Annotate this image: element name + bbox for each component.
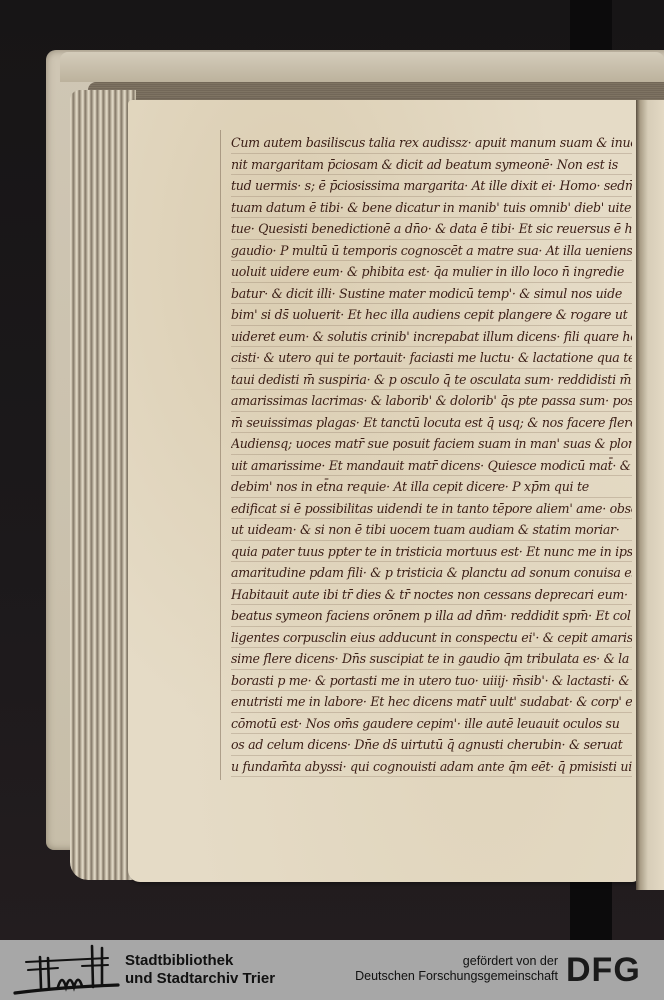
manuscript-line: bim' si ds̄ uoluerit· Et hec illa audien… xyxy=(231,304,632,326)
manuscript-line: uoluit uidere eum· & phibita est· q̄a mu… xyxy=(231,261,632,283)
manuscript-line: gaudio· P multū ū temporis cognoscēt a m… xyxy=(231,240,632,262)
manuscript-scan: Cum autem basiliscus talia rex audissz· … xyxy=(0,0,664,940)
manuscript-line: Habitauit aute ibi tr̄ dies & tr̄ noctes… xyxy=(231,584,632,606)
manuscript-line: cōmotū est· Nos om̄s gaudere cepim'· ill… xyxy=(231,713,632,735)
funding-credit-line2: Deutschen Forschungsgemeinschaft xyxy=(355,969,558,984)
manuscript-line: taui dedisti m̄ suspiria· & p osculo q̄ … xyxy=(231,369,632,391)
manuscript-line: quia pater tuus ppter te in tristicia mo… xyxy=(231,541,632,563)
manuscript-line: amaritudine pdam fili· & p tristicia & p… xyxy=(231,562,632,584)
book-cover-top-edge xyxy=(60,52,664,82)
page-stack-fore-edge xyxy=(70,90,136,880)
manuscript-line: borasti p me· & portasti me in utero tuo… xyxy=(231,670,632,692)
funding-credit: gefördert von der Deutschen Forschungsge… xyxy=(355,954,558,984)
institution-name-line2: und Stadtarchiv Trier xyxy=(125,970,275,988)
manuscript-line: ligentes corpusclin eius adducunt in con… xyxy=(231,627,632,649)
manuscript-line: debim' nos in et̄na requie· At illa cepi… xyxy=(231,476,632,498)
manuscript-line: uideret eum· & solutis crinib' increpaba… xyxy=(231,326,632,348)
manuscript-line: edificat si ē possibilitas uidendi te in… xyxy=(231,498,632,520)
manuscript-line: amarissimas lacrimas· & laborib' & dolor… xyxy=(231,390,632,412)
manuscript-line: beatus symeon faciens orōnem p illa ad d… xyxy=(231,605,632,627)
manuscript-line: Audiensq; uoces matr̄ sue posuit faciem … xyxy=(231,433,632,455)
manuscript-line: uit amarissime· Et mandauit matr̄ dicens… xyxy=(231,455,632,477)
manuscript-line: os ad celum dicens· Dn̄e ds̄ uirtutū q̄ … xyxy=(231,734,632,756)
institution-name: Stadtbibliothek und Stadtarchiv Trier xyxy=(125,952,275,988)
manuscript-line: batur· & dicit illi· Sustine mater modic… xyxy=(231,283,632,305)
manuscript-line: cisti· & utero qui te portauit· faciasti… xyxy=(231,347,632,369)
manuscript-line: tue· Quesisti benedictionē a dn̄o· & dat… xyxy=(231,218,632,240)
book-gutter xyxy=(636,100,664,890)
footer-banner: Stadtbibliothek und Stadtarchiv Trier ge… xyxy=(0,940,664,1000)
manuscript-line: enutristi me in labore· Et hec dicens ma… xyxy=(231,691,632,713)
manuscript-line: u fundam̄ta abyssi· qui cognouisti adam … xyxy=(231,756,632,778)
manuscript-text-block: Cum autem basiliscus talia rex audissz· … xyxy=(220,130,640,780)
manuscript-line: m̄ seuissimas plagas· Et tanctū locuta e… xyxy=(231,412,632,434)
manuscript-line: ut uideam· & si non ē tibi uocem tuam au… xyxy=(231,519,632,541)
manuscript-line: nit margaritam p̄ciosam & dicit ad beatu… xyxy=(231,154,632,176)
manuscript-line: tud uermis· s; ē p̄ciosissima margarita·… xyxy=(231,175,632,197)
manuscript-line: Cum autem basiliscus talia rex audissz· … xyxy=(231,132,632,154)
funding-credit-line1: gefördert von der xyxy=(355,954,558,969)
stadtbibliothek-trier-logo-icon xyxy=(12,943,120,997)
institution-name-line1: Stadtbibliothek xyxy=(125,952,275,970)
manuscript-line: tuam datum ē tibi· & bene dicatur in man… xyxy=(231,197,632,219)
dfg-logo: DFG xyxy=(566,953,641,987)
manuscript-line: sime flere dicens· Dn̄s suscipiat te in … xyxy=(231,648,632,670)
